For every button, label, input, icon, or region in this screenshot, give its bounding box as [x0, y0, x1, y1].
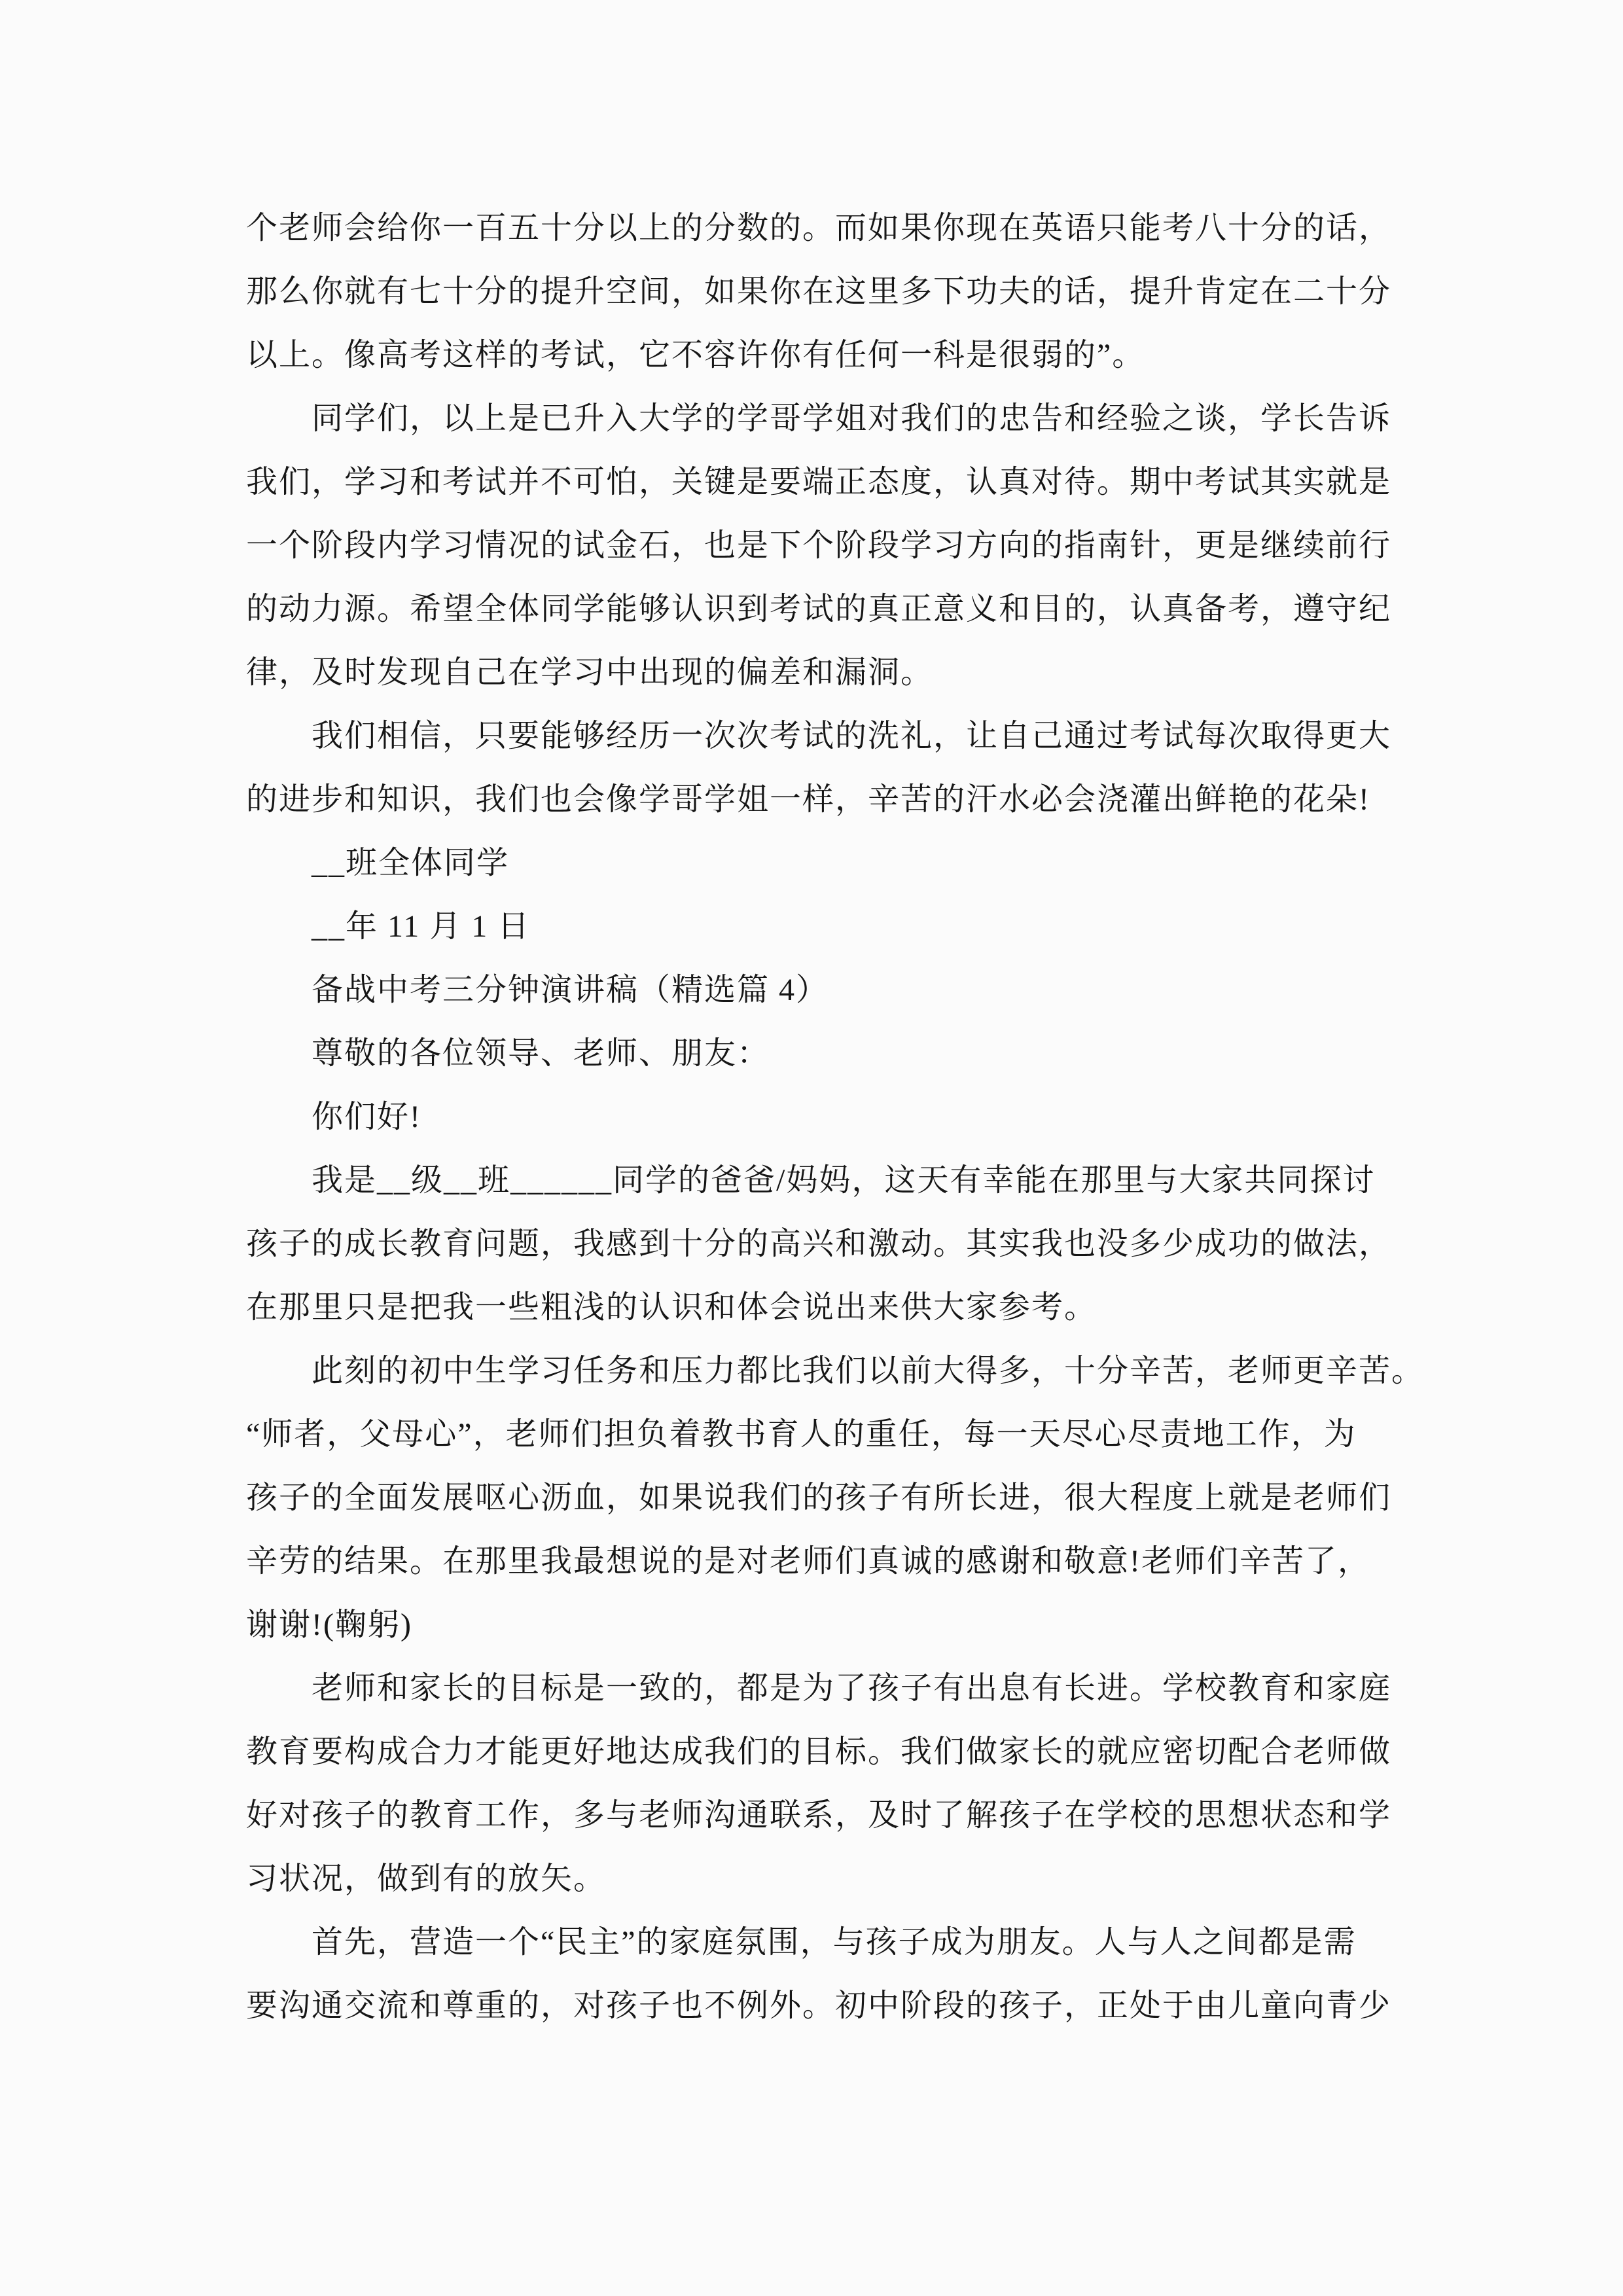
text-line: 老师和家长的目标是一致的，都是为了孩子有出息有长进。学校教育和家庭 — [246, 1657, 1404, 1720]
text-line: 谢谢!(鞠躬) — [246, 1593, 1404, 1657]
document-text-block: 个老师会给你一百五十分以上的分数的。而如果你现在英语只能考八十分的话， 那么你就… — [246, 196, 1404, 2037]
text-line: 律，及时发现自己在学习中出现的偏差和漏洞。 — [246, 641, 1404, 704]
text-line: 孩子的全面发展呕心沥血，如果说我们的孩子有所长进，很大程度上就是老师们 — [246, 1466, 1404, 1530]
text-line: 好对孩子的教育工作，多与老师沟通联系，及时了解孩子在学校的思想状态和学 — [246, 1784, 1404, 1847]
text-line: 以上。像高考这样的考试，它不容许你有任何一科是很弱的”。 — [246, 323, 1404, 387]
text-line: 个老师会给你一百五十分以上的分数的。而如果你现在英语只能考八十分的话， — [246, 196, 1404, 260]
text-line: 你们好! — [246, 1085, 1404, 1149]
text-line: 首先，营造一个“民主”的家庭氛围，与孩子成为朋友。人与人之间都是需 — [246, 1910, 1404, 1974]
document-page: 个老师会给你一百五十分以上的分数的。而如果你现在英语只能考八十分的话， 那么你就… — [0, 0, 1623, 2296]
text-line: 辛劳的结果。在那里我最想说的是对老师们真诚的感谢和敬意!老师们辛苦了， — [246, 1530, 1404, 1593]
text-line: __年 11 月 1 日 — [246, 895, 1404, 958]
text-line: 我们，学习和考试并不可怕，关键是要端正态度，认真对待。期中考试其实就是 — [246, 450, 1404, 514]
text-line: 教育要构成合力才能更好地达成我们的目标。我们做家长的就应密切配合老师做 — [246, 1720, 1404, 1784]
text-line: 的动力源。希望全体同学能够认识到考试的真正意义和目的，认真备考，遵守纪 — [246, 577, 1404, 641]
text-line: 我们相信，只要能够经历一次次考试的洗礼，让自己通过考试每次取得更大 — [246, 704, 1404, 768]
text-line: 同学们，以上是已升入大学的学哥学姐对我们的忠告和经验之谈，学长告诉 — [246, 387, 1404, 450]
text-line: 习状况，做到有的放矢。 — [246, 1847, 1404, 1910]
text-line: 我是__级__班______同学的爸爸/妈妈，这天有幸能在那里与大家共同探讨 — [246, 1149, 1404, 1212]
text-line: “师者，父母心”，老师们担负着教书育人的重任，每一天尽心尽责地工作，为 — [246, 1403, 1404, 1466]
text-line: 那么你就有七十分的提升空间，如果你在这里多下功夫的话，提升肯定在二十分 — [246, 260, 1404, 323]
text-line: 一个阶段内学习情况的试金石，也是下个阶段学习方向的指南针，更是继续前行 — [246, 514, 1404, 577]
text-line: 孩子的成长教育问题，我感到十分的高兴和激动。其实我也没多少成功的做法， — [246, 1212, 1404, 1276]
text-line: 的进步和知识，我们也会像学哥学姐一样，辛苦的汗水必会浇灌出鲜艳的花朵! — [246, 768, 1404, 831]
text-line: 要沟通交流和尊重的，对孩子也不例外。初中阶段的孩子，正处于由儿童向青少 — [246, 1974, 1404, 2037]
text-line: 在那里只是把我一些粗浅的认识和体会说出来供大家参考。 — [246, 1276, 1404, 1339]
text-line: __班全体同学 — [246, 831, 1404, 895]
text-line: 此刻的初中生学习任务和压力都比我们以前大得多，十分辛苦，老师更辛苦。 — [246, 1339, 1404, 1403]
text-line: 备战中考三分钟演讲稿（精选篇 4） — [246, 958, 1404, 1022]
text-line: 尊敬的各位领导、老师、朋友： — [246, 1022, 1404, 1085]
